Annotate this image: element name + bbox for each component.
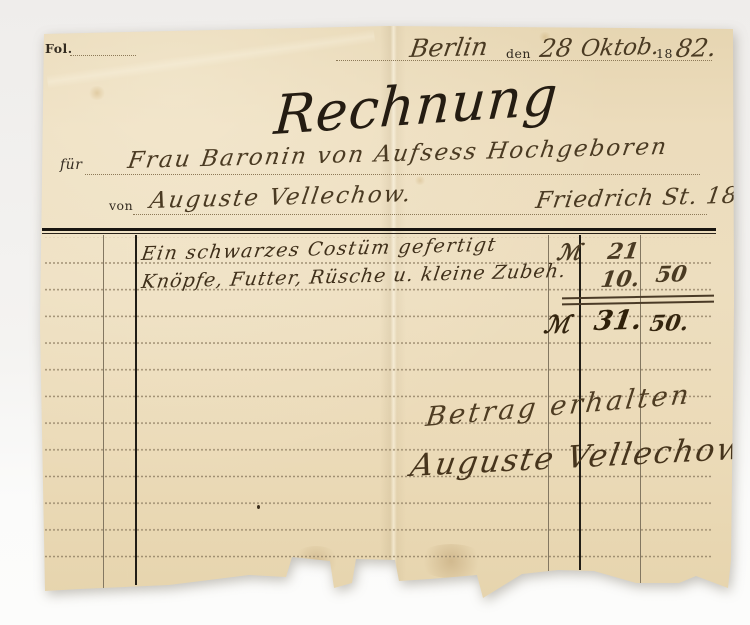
total-amount-pfennig: 50. xyxy=(648,310,690,337)
ledger-vertical-line xyxy=(135,235,137,585)
header-rule-thick xyxy=(42,228,716,231)
date-place-handwritten: Berlin xyxy=(408,32,490,63)
header-rule-thin xyxy=(42,233,716,234)
total-currency-mark: ℳ xyxy=(542,309,572,339)
date-month-handwritten: Oktob. xyxy=(579,34,661,62)
date-year-handwritten: 82. xyxy=(674,33,718,63)
item-amount-pfennig: 50 xyxy=(654,261,689,288)
item-amount-mark: 10. xyxy=(599,266,641,293)
date-day-handwritten: 28 xyxy=(538,33,574,63)
item-amount-mark: 21 xyxy=(606,238,641,265)
issuer-von-label: von xyxy=(109,198,133,213)
recipient-fuer-label: für xyxy=(60,157,82,173)
fol-label: Fol. xyxy=(45,41,73,56)
invoice-title: Rechnung xyxy=(272,64,560,147)
paper-sheet: Fol. Berlin den 28 Oktob. 18 82. Rechnun… xyxy=(36,24,736,606)
issuer-address-handwritten: Friedrich St. 18. xyxy=(534,183,748,214)
total-amount-mark: 31. xyxy=(592,305,644,337)
ledger-vertical-line xyxy=(103,235,104,589)
date-den-label: den xyxy=(506,46,531,61)
foxing-spot xyxy=(414,176,426,185)
foxing-spot xyxy=(88,86,106,100)
paper-sheet-wrap: Fol. Berlin den 28 Oktob. 18 82. Rechnun… xyxy=(36,24,736,606)
scanned-invoice: Fol. Berlin den 28 Oktob. 18 82. Rechnun… xyxy=(0,0,750,625)
date-century-printed: 18 xyxy=(656,46,673,61)
title-block: Rechnung xyxy=(274,74,554,137)
fol-dotted-line xyxy=(70,36,136,56)
